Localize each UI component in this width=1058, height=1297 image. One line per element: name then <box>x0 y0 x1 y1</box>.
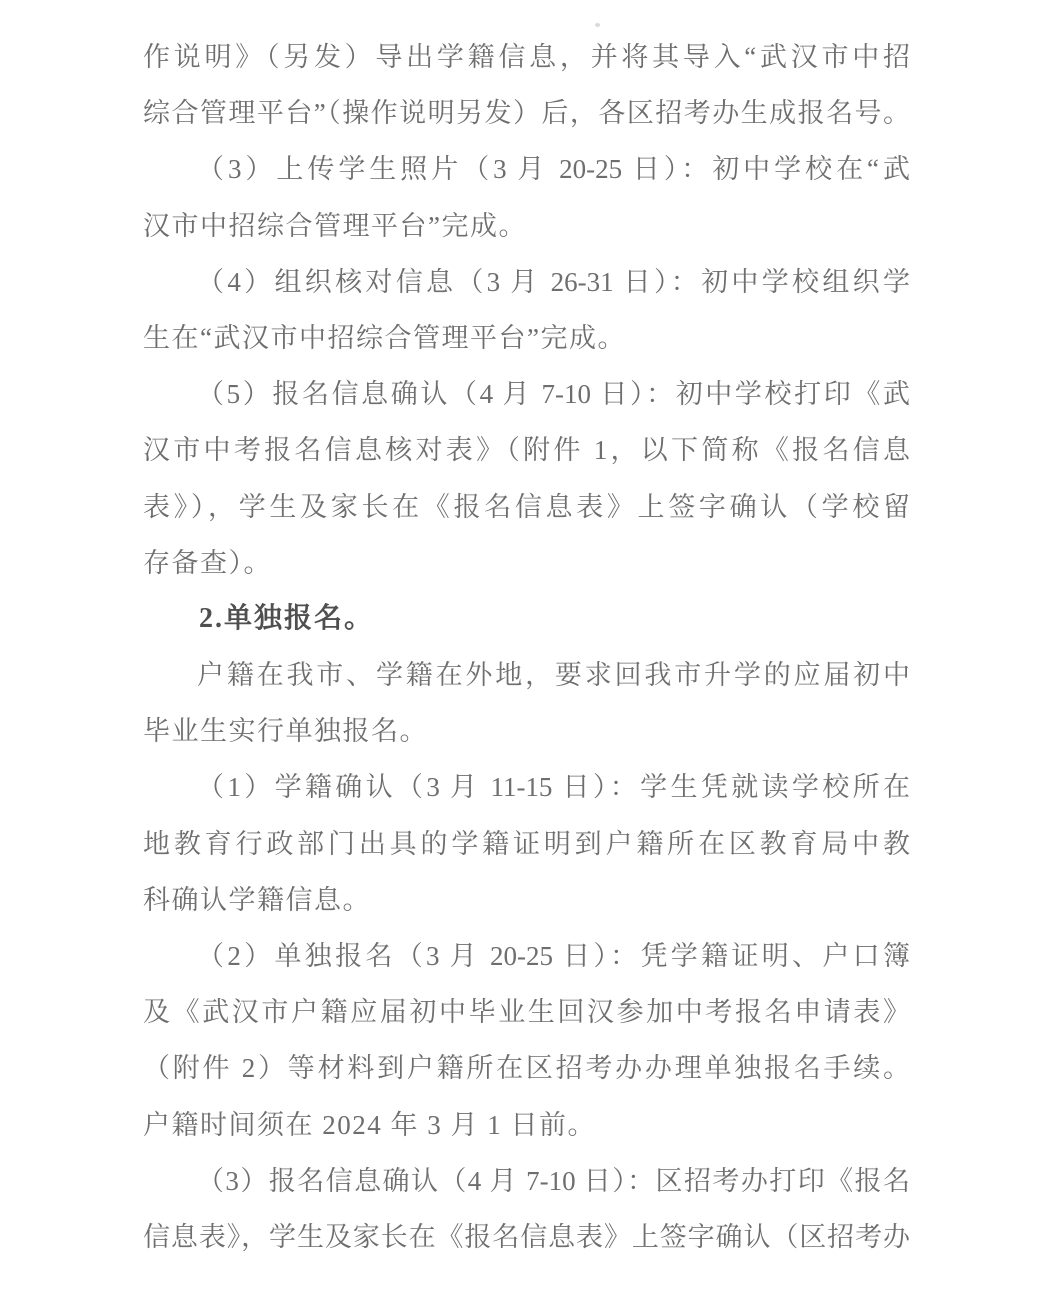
document-page: 作说明》（另发）导出学籍信息，并将其导入“武汉市中招综合管理平台”（操作说明另发… <box>0 0 1058 1297</box>
section-heading: 2.单独报名。 <box>143 591 910 647</box>
text-line: 作说明》（另发）导出学籍信息，并将其导入“武汉市中招 <box>143 29 910 85</box>
text-line: 户籍在我市、学籍在外地，要求回我市升学的应届初中 <box>143 647 910 703</box>
text-line: 及《武汉市户籍应届初中毕业生回汉参加中考报名申请表》 <box>143 984 910 1040</box>
text-line: 地教育行政部门出具的学籍证明到户籍所在区教育局中教 <box>143 816 910 872</box>
text-line: （1）学籍确认（3 月 11-15 日）：学生凭就读学校所在 <box>143 759 910 815</box>
text-line: 汉市中考报名信息核对表》（附件 1，以下简称《报名信息 <box>143 422 910 478</box>
text-line: 存备查）。 <box>143 535 910 591</box>
scan-artifact-dot <box>595 23 600 27</box>
text-line: 综合管理平台”（操作说明另发）后，各区招考办生成报名号。 <box>143 85 910 141</box>
text-lines: 作说明》（另发）导出学籍信息，并将其导入“武汉市中招综合管理平台”（操作说明另发… <box>143 29 910 1265</box>
text-line: 表》），学生及家长在《报名信息表》上签字确认（学校留 <box>143 479 910 535</box>
text-line: （3）报名信息确认（4 月 7-10 日）：区招考办打印《报名 <box>143 1153 910 1209</box>
text-line: （4）组织核对信息（3 月 26-31 日）：初中学校组织学 <box>143 254 910 310</box>
text-line: 汉市中招综合管理平台”完成。 <box>143 198 910 254</box>
text-line: （3）上传学生照片（3 月 20-25 日）：初中学校在“武 <box>143 141 910 197</box>
text-line: （2）单独报名（3 月 20-25 日）：凭学籍证明、户口簿 <box>143 928 910 984</box>
text-line: （附件 2）等材料到户籍所在区招考办办理单独报名手续。 <box>143 1040 910 1096</box>
text-line: 毕业生实行单独报名。 <box>143 703 910 759</box>
text-line: （5）报名信息确认（4 月 7-10 日）：初中学校打印《武 <box>143 366 910 422</box>
text-line: 生在“武汉市中招综合管理平台”完成。 <box>143 310 910 366</box>
text-line: 户籍时间须在 2024 年 3 月 1 日前。 <box>143 1097 910 1153</box>
text-line: 信息表》，学生及家长在《报名信息表》上签字确认（区招考办 <box>143 1209 910 1265</box>
text-line: 科确认学籍信息。 <box>143 872 910 928</box>
